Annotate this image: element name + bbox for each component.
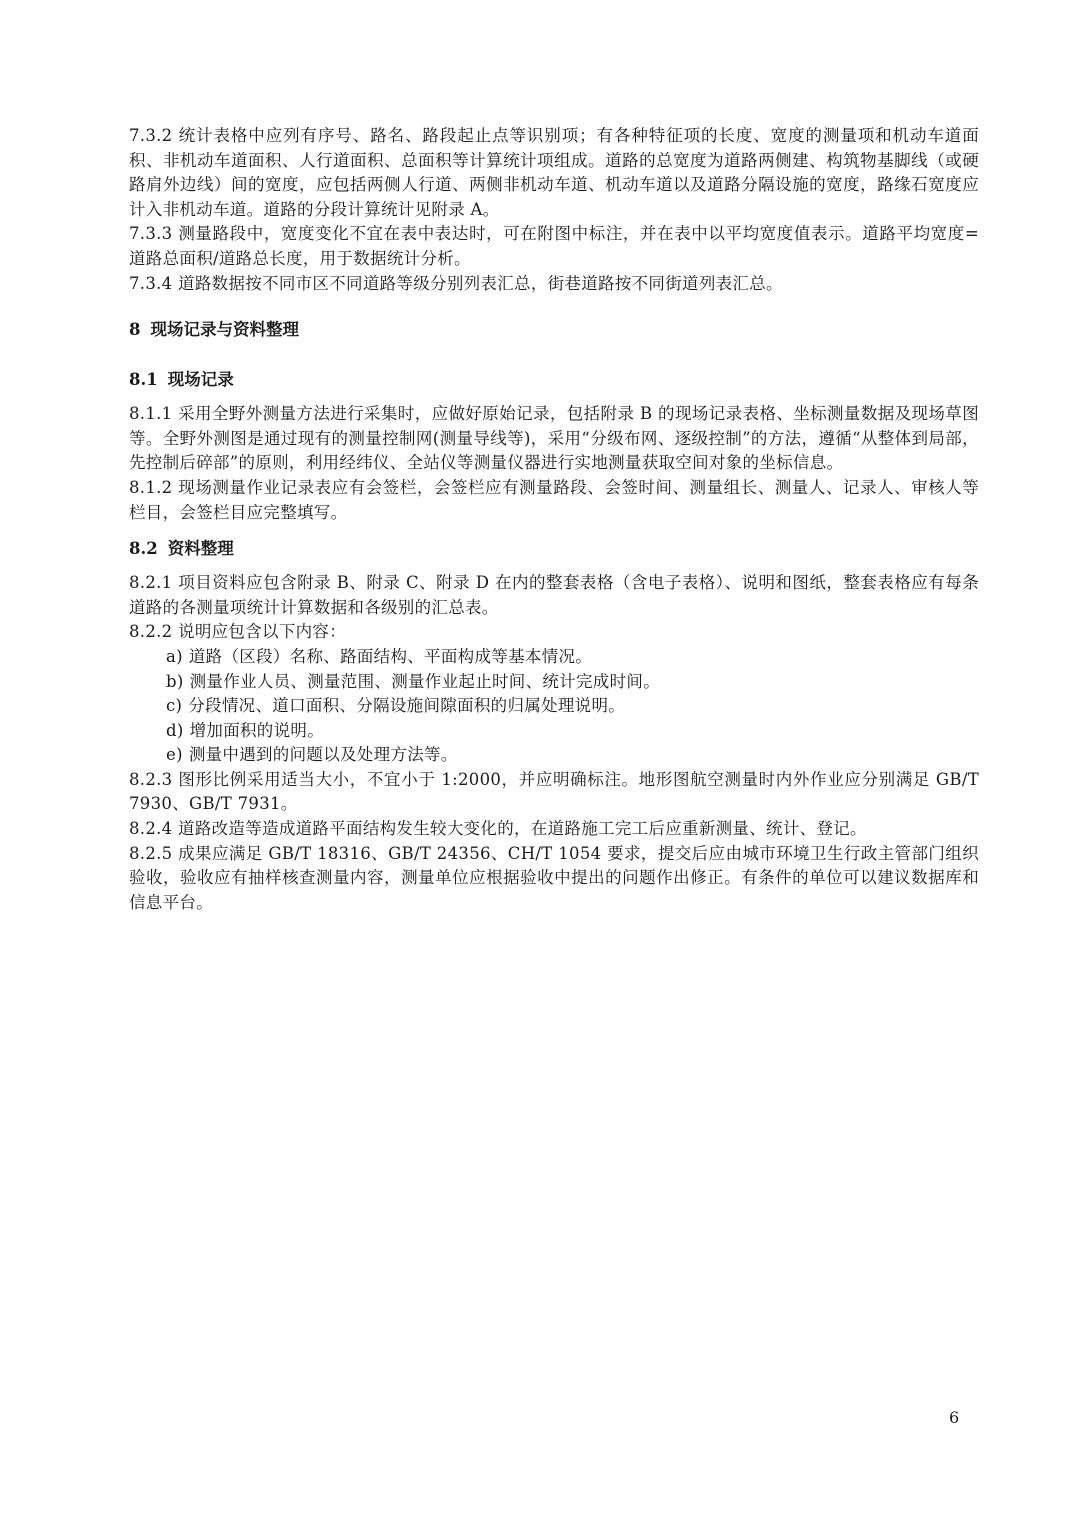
list-item-text: 测量作业人员、测量范围、测量作业起止时间、统计完成时间。 (190, 672, 660, 691)
list-marker: d) (166, 721, 184, 740)
clause-text: 采用全野外测量方法进行采集时，应做好原始记录，包括附录 B 的现场记录表格、坐标… (129, 404, 979, 472)
clause-8-1-1: 8.1.1 采用全野外测量方法进行采集时，应做好原始记录，包括附录 B 的现场记… (129, 402, 979, 476)
clause-number: 8.2.1 (129, 573, 172, 592)
clause-text: 说明应包含以下内容： (178, 622, 346, 641)
clause-number: 7.3.2 (129, 126, 172, 145)
page-number: 6 (949, 1408, 959, 1427)
clause-text: 道路改造等造成道路平面结构发生较大变化的，在道路施工完工后应重新测量、统计、登记… (178, 819, 867, 838)
clause-8-2-2: 8.2.2 说明应包含以下内容： (129, 620, 979, 645)
clause-7-3-4: 7.3.4 道路数据按不同市区不同道路等级分别列表汇总，街巷道路按不同街道列表汇… (129, 272, 979, 297)
list-item-text: 分段情况、道口面积、分隔设施间隙面积的归属处理说明。 (188, 696, 625, 715)
clause-8-1-2: 8.1.2 现场测量作业记录表应有会签栏，会签栏应有测量路段、会签时间、测量组长… (129, 476, 979, 525)
clause-7-3-3: 7.3.3 测量路段中，宽度变化不宜在表中表达时，可在附图中标注，并在表中以平均… (129, 222, 979, 271)
document-page: 7.3.2 统计表格中应列有序号、路名、路段起止点等识别项；有各种特征项的长度、… (129, 124, 979, 915)
clause-text: 图形比例采用适当大小，不宜小于 1:2000，并应明确标注。地形图航空测量时内外… (129, 770, 979, 814)
list-item: c)分段情况、道口面积、分隔设施间隙面积的归属处理说明。 (166, 694, 979, 719)
section-title: 资料整理 (168, 539, 234, 558)
list-item-text: 测量中遇到的问题以及处理方法等。 (189, 745, 458, 764)
clause-text: 统计表格中应列有序号、路名、路段起止点等识别项；有各种特征项的长度、宽度的测量项… (129, 126, 979, 219)
section-title: 现场记录与资料整理 (150, 320, 299, 339)
clause-8-2-4: 8.2.4 道路改造等造成道路平面结构发生较大变化的，在道路施工完工后应重新测量… (129, 817, 979, 842)
clause-number: 8.2.2 (129, 622, 172, 641)
clause-text: 测量路段中，宽度变化不宜在表中表达时，可在附图中标注，并在表中以平均宽度值表示。… (129, 224, 979, 268)
list-marker: b) (166, 672, 184, 691)
clause-8-2-3: 8.2.3 图形比例采用适当大小，不宜小于 1:2000，并应明确标注。地形图航… (129, 768, 979, 817)
clause-number: 8.1.1 (129, 404, 172, 423)
section-8-1-heading: 8.1现场记录 (129, 368, 979, 392)
clause-number: 8.2.5 (129, 844, 172, 863)
list-item: e)测量中遇到的问题以及处理方法等。 (166, 743, 979, 768)
clause-text: 项目资料应包含附录 B、附录 C、附录 D 在内的整套表格（含电子表格）、说明和… (129, 573, 979, 617)
section-number: 8 (129, 320, 140, 339)
clause-8-2-1: 8.2.1 项目资料应包含附录 B、附录 C、附录 D 在内的整套表格（含电子表… (129, 571, 979, 620)
list-item: b)测量作业人员、测量范围、测量作业起止时间、统计完成时间。 (166, 670, 979, 695)
clause-number: 7.3.3 (129, 224, 172, 243)
list-item-text: 增加面积的说明。 (190, 721, 324, 740)
clause-8-2-5: 8.2.5 成果应满足 GB/T 18316、GB/T 24356、CH/T 1… (129, 842, 979, 916)
clause-7-3-2: 7.3.2 统计表格中应列有序号、路名、路段起止点等识别项；有各种特征项的长度、… (129, 124, 979, 222)
list-item: d)增加面积的说明。 (166, 719, 979, 744)
clause-number: 8.2.3 (129, 770, 172, 789)
list-item: a)道路（区段）名称、路面结构、平面构成等基本情况。 (166, 645, 979, 670)
section-number: 8.2 (129, 539, 158, 558)
list-marker: c) (166, 696, 182, 715)
section-title: 现场记录 (168, 370, 234, 389)
list-item-text: 道路（区段）名称、路面结构、平面构成等基本情况。 (189, 647, 592, 666)
clause-number: 8.1.2 (129, 478, 172, 497)
clause-text: 道路数据按不同市区不同道路等级分别列表汇总，街巷道路按不同街道列表汇总。 (178, 274, 783, 293)
clause-number: 8.2.4 (129, 819, 172, 838)
list-marker: a) (166, 647, 183, 666)
list-marker: e) (166, 745, 183, 764)
section-8-2-heading: 8.2资料整理 (129, 537, 979, 561)
clause-number: 7.3.4 (129, 274, 172, 293)
section-8-heading: 8现场记录与资料整理 (129, 318, 979, 342)
section-number: 8.1 (129, 370, 158, 389)
clause-text: 现场测量作业记录表应有会签栏，会签栏应有测量路段、会签时间、测量组长、测量人、记… (129, 478, 979, 522)
clause-text: 成果应满足 GB/T 18316、GB/T 24356、CH/T 1054 要求… (129, 844, 979, 912)
